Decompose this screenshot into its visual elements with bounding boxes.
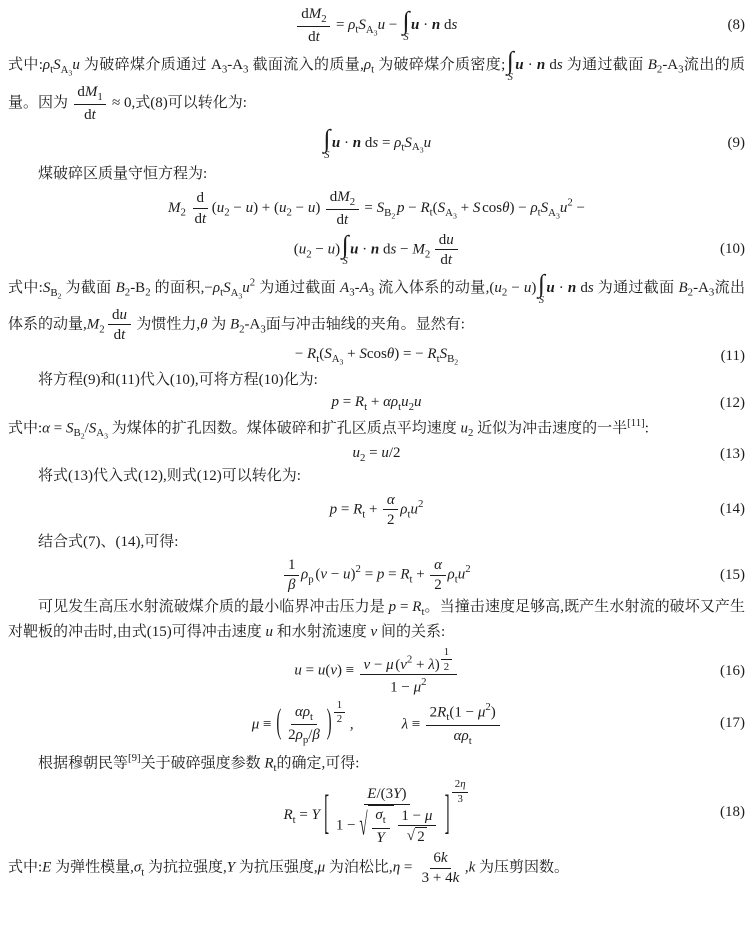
text-run: 近似为冲击速度的一半 [473,420,627,436]
math-superscript: 12 [440,653,453,665]
math-subscript: A3 [61,64,73,76]
math-variable: B [648,57,657,73]
paragraph-after-eq15: 可见发生高压水射流破煤介质的最小临界冲击压力是 p = Rt。当撞击速度足够高,… [8,596,745,644]
math-upright: ) [315,200,324,216]
math-upright: − [573,200,585,216]
equation-10-row-2: (u2 − u)∫Su · n ds − M2dudt (10) [8,231,745,269]
surface-integral: ∫S [538,271,545,306]
equation-10-number: (10) [703,241,745,258]
math-subscript: B2 [74,427,85,439]
math-variable: u [424,135,432,151]
fraction-denominator: β [284,576,299,595]
math-variable: v [330,663,337,679]
math-variable: ρ [364,57,371,73]
math-fraction: dudt [435,231,458,269]
math-variable: S [53,57,61,73]
math-variable: αρ [454,728,469,744]
surface-integral: ∫S [403,8,410,43]
math-variable: u [461,420,469,436]
math-upright: , [346,716,354,732]
fraction-numerator: du [435,231,458,250]
math-upright: d [337,212,345,228]
math-upright: d [194,211,202,227]
surface-integral: ∫S [507,48,514,83]
math-upright: · [555,280,568,296]
math-upright: = [337,501,353,517]
math-fraction: α2 [383,491,398,529]
paragraph-substitute-13: 将式(13)代入式(12),则式(12)可以转化为: [8,465,745,488]
text-run: 为抗压强度, [235,860,318,876]
integral-limit: S [539,296,544,306]
math-variable: R [437,705,446,721]
text-run: 关于破碎强度参数 [141,755,265,771]
fraction-numerator: 1 [284,556,299,575]
math-upright: -A [227,57,243,73]
math-variable: αρ [383,394,398,410]
fraction-numerator: d [193,189,208,208]
math-upright: ) [531,280,536,296]
radical-symbol: √ [407,827,415,845]
math-upright: [9] [128,752,141,764]
math-variable: u [246,200,254,216]
math-superscript: [11] [627,417,645,429]
math-upright: d [361,135,372,151]
math-variable: R [355,394,364,410]
math-upright: t [469,735,472,747]
math-upright: 2 [444,661,449,673]
math-variable: B [679,280,688,296]
math-variable: t [344,212,348,228]
math-upright: ) [401,786,406,802]
math-upright: = [361,567,377,583]
math-variable: S [473,200,481,216]
integral-symbol: ∫ [403,8,410,34]
math-subscript: 2 [454,358,458,367]
text-run: ≈ 0,式(8)可以转化为: [108,95,247,111]
text-run: 为 [207,317,230,333]
math-superscript: 2 [418,498,423,510]
text-run: 为破碎煤介质通过 [80,57,211,73]
math-subscript: 2 [391,211,395,220]
math-variable: M [309,6,322,22]
math-variable: ρ [213,280,220,296]
math-subscript: 1 [97,91,102,103]
integral-limit: S [403,33,408,43]
math-subscript: A3 [231,287,243,299]
math-upright: d [440,17,451,33]
math-upright: 2 [99,323,104,335]
math-subscript: B2 [50,287,61,299]
paragraph-combine-7-14: 结合式(7)、(14),可得: [8,531,745,554]
integral-limit: S [508,73,513,83]
equation-12-number: (12) [703,395,745,412]
math-upright: 2 [288,727,296,743]
integral-symbol: ∫ [342,232,349,258]
math-upright: cos [367,346,387,362]
math-subscript: t [310,710,313,722]
math-upright: 2 [418,498,423,510]
equation-15-row: 1βρp(v − u)2 = p = Rt + α2ρtu2 (15) [8,556,745,594]
math-superscript: 2 [421,676,426,688]
fraction-numerator: v − μ(v2 + λ)12 [360,646,457,675]
equation-18-number: (18) [703,804,745,821]
math-upright: − [507,280,524,296]
text-run: 结合式(7)、(14),可得: [38,534,178,550]
math-upright: d [77,84,85,100]
math-variable: σ [375,807,382,823]
math-upright: + [412,657,428,673]
math-vector: n [432,17,440,33]
fraction-denominator: dt [110,325,129,344]
math-variable: A [360,280,369,296]
math-variable: M [412,241,425,257]
math-upright: ) [435,657,440,673]
math-upright: ) = − [394,346,427,362]
math-variable: M [85,84,98,100]
text-run: 为煤体的扩孔因数。煤体破碎和扩孔区质点平均速度 [108,420,461,436]
equation-16-number: (16) [703,663,745,680]
equation-16: u = u(v) ≡ v − μ(v2 + λ)121 − μ2 [50,646,703,696]
paragraph-substitute-9-11: 将方程(9)和(11)代入(10),可将方程(10)化为: [8,369,745,392]
math-variable: S [358,17,366,33]
math-variable: u [352,445,360,461]
equation-18: Rt = Y[E/(3Y)1 − √σtY1 − μ√2]2η3 [50,778,703,847]
fraction-numerator: 6k [430,849,452,868]
paper-page: dM2dt = ρtSA3u − ∫Su · n ds (8) 式中:ρtSA3… [0,0,755,887]
math-variable: u [120,307,128,323]
math-upright: /(3 [376,786,393,802]
math-upright: = [50,420,66,436]
math-upright: -B [130,280,145,296]
math-variable: S [377,200,385,216]
fraction-numerator: dM1 [74,83,107,105]
math-variable: u [494,280,502,296]
math-variable: u [414,394,422,410]
text-run: 为通过截面 [255,280,340,296]
math-upright: 3 + 4 [422,870,453,886]
surface-integral: ∫S [323,126,330,161]
math-upright: + [457,200,473,216]
math-upright: d [379,241,390,257]
math-upright: = [332,17,348,33]
math-upright: − [327,567,343,583]
equation-17-number: (17) [703,715,745,732]
integral-limit: S [324,151,329,161]
math-upright: = [361,200,377,216]
text-run: 为压剪因数。 [475,860,569,876]
equation-9-row: ∫Su · n ds = ρtSA3u (9) [8,126,745,161]
fraction-denominator: 3 [455,793,466,806]
math-fraction: v − μ(v2 + λ)121 − μ2 [360,646,457,696]
math-variable: α [387,492,395,508]
math-fraction: dM2dt [297,5,330,46]
math-variable: u [381,445,389,461]
math-variable: v [400,657,407,673]
math-variable: u [401,394,409,410]
math-variable: η [460,778,465,790]
fraction-denominator: 2 [441,660,452,673]
math-upright: d [301,6,309,22]
text-run: 为通过截面 [594,280,679,296]
text-run: 式中: [8,280,43,296]
math-superscript: [9] [128,752,141,764]
math-superscript: 2 [465,563,470,575]
text-run: 为抗拉强度, [144,860,227,876]
fraction-denominator: dt [437,250,456,269]
fraction-denominator: 2 [431,576,446,595]
math-variable: μ [425,808,433,824]
math-variable: ρ [296,727,303,743]
math-variable: u [410,501,418,517]
math-variable: S [440,346,448,362]
math-variable: k [453,870,460,886]
fraction-numerator: 1 − μ [398,807,437,826]
equation-10-row-1: M2ddt(u2 − u) + (u2 − u) dM2dt = SB2p − … [8,188,745,229]
math-vector: n [353,135,361,151]
equation-13-number: (13) [703,446,745,463]
paragraph-mass-conservation: 煤破碎区质量守恒方程为: [8,163,745,186]
equation-8-row: dM2dt = ρtSA3u − ∫Su · n ds (8) [8,5,745,46]
math-upright: 2 [350,196,355,208]
math-upright: A [332,353,340,365]
math-subscript: t [383,814,386,826]
math-upright: + [413,567,429,583]
text-run: 将方程(9)和(11)代入(10),可将方程(10)化为: [38,372,318,388]
math-upright: 1 [97,91,102,103]
big-bracket: ( [276,705,281,744]
text-run: 为截面 [61,280,115,296]
math-upright: − [405,200,421,216]
math-superscript: 12 [333,706,346,718]
math-variable: B [230,317,239,333]
text-run: 为弹性模量, [51,860,134,876]
math-subscript: 2 [350,196,355,208]
math-upright: ) + ( [253,200,279,216]
math-upright: B [74,427,81,439]
fraction-numerator: E/(3Y) [364,785,411,804]
math-variable: R [400,567,409,583]
fraction-numerator: dM2 [326,188,359,210]
math-variable: S [324,346,332,362]
equation-14-number: (14) [703,501,745,518]
text-run: 间的关系: [377,624,445,640]
equation-11-row: − Rt(SA3 + Scosθ) = − RtSB2 (11) [8,346,745,366]
math-upright: − [385,17,401,33]
math-upright: − [396,241,412,257]
equation-17-row: μ ≡ (αρt2ρp/β)12 ,λ ≡ 2Rt(1 − μ2)αρt (17… [8,699,745,748]
text-run: 和水射流速度 [273,624,371,640]
math-vector: n [568,280,576,296]
math-superscript: 2η3 [451,786,470,798]
math-fraction: 6k3 + 4k [418,849,463,887]
math-vector: u [515,57,523,73]
radical-symbol: √ [359,807,367,845]
math-variable: t [92,107,96,123]
radical: √σtY [359,805,393,847]
math-subscript: 2 [99,323,104,335]
math-upright: = [378,135,394,151]
fraction-denominator: dt [333,210,352,229]
integral-symbol: ∫ [538,271,545,297]
fraction-denominator: 2 [334,713,345,726]
math-upright: = [384,567,400,583]
math-fraction: dM1dt [74,83,107,124]
math-vector: n [371,241,379,257]
fraction-denominator: 2 [383,510,398,529]
math-upright: d [84,107,92,123]
math-upright: · [419,17,432,33]
text-run: 截面流入的质量, [248,57,363,73]
math-upright: = [302,663,318,679]
math-variable: αρ [295,704,310,720]
math-upright: = [396,599,412,615]
text-run: 为惯性力, [133,317,201,333]
equation-14-row: p = Rt + α2ρtu2 (14) [8,491,745,529]
math-upright: A [96,427,104,439]
math-subscript: 2 [425,248,430,260]
math-variable: u [328,241,336,257]
equation-10-line-1: M2ddt(u2 − u) + (u2 − u) dM2dt = SB2p − … [50,188,703,229]
fraction-numerator: 2Rt(1 − μ2) [426,701,500,726]
math-upright: 1 [444,646,449,658]
integral-limit: S [342,257,347,267]
big-bracket: [ [324,789,329,843]
math-upright: B [50,287,57,299]
math-variable: u [378,17,386,33]
math-upright: 2 [387,512,395,528]
fraction-numerator: αρt [291,703,317,725]
math-upright: /2 [389,445,401,461]
math-variable: β [288,577,295,593]
math-upright: 2 [181,207,186,219]
math-fraction: ddt [191,189,210,227]
math-upright: -A [245,317,261,333]
math-variable: u [266,624,274,640]
text-run: 流入体系的动量,( [374,280,494,296]
math-upright: − [204,280,212,296]
math-variable: S [359,346,367,362]
math-upright: d [112,307,120,323]
fraction-denominator: √2 [403,826,431,846]
math-upright: d [308,29,316,45]
math-upright: ≡ [259,716,275,732]
equation-16-row: u = u(v) ≡ v − μ(v2 + λ)121 − μ2 (16) [8,646,745,696]
math-upright: = [296,808,312,824]
math-variable: M [87,317,100,333]
math-variable: t [316,29,320,45]
equation-15-number: (15) [703,567,745,584]
math-fraction: dudt [108,306,131,344]
equation-11: − Rt(SA3 + Scosθ) = − RtSB2 [50,346,703,366]
math-upright: 2 [417,828,425,846]
equation-15: 1βρp(v − u)2 = p = Rt + α2ρtu2 [50,556,703,594]
math-upright: · [524,57,537,73]
math-upright: ) [335,241,340,257]
text-run: 可见发生高压水射流破煤介质的最小临界冲击压力是 [38,599,389,615]
math-variable: u [72,57,80,73]
math-variable: t [448,252,452,268]
paragraph-after-eq8: 式中:ρtSA3u 为破碎煤介质通过 A3-A3 截面流入的质量,ρt 为破碎煤… [8,48,745,124]
math-upright: · [358,241,371,257]
math-subscript: A3 [366,24,378,36]
math-upright: A [548,207,556,219]
math-variable: R [307,346,316,362]
math-upright: 1 − [336,818,359,834]
big-bracket: ] [445,789,450,843]
integral-symbol: ∫ [507,48,514,74]
math-variable: Y [376,830,384,846]
math-fraction: αρt2ρp/β [284,703,323,747]
text-run: 煤破碎区质量守恒方程为: [38,166,207,182]
math-variable: p [397,200,405,216]
equation-13: u2 = u/2 [50,445,703,464]
text-run: 的面积, [151,280,205,296]
equation-9-number: (9) [703,135,745,152]
math-upright: cos [482,200,502,216]
math-variable: u [343,567,351,583]
text-run: 为破碎煤介质密度; [374,57,505,73]
fraction-denominator: dt [191,209,210,228]
equation-10-line-2: (u2 − u)∫Su · n ds − M2dudt [50,231,703,269]
math-vector: u [332,135,340,151]
math-upright: 2 [465,563,470,575]
math-upright: 1 [288,557,296,573]
math-subscript: A3 [548,207,560,219]
equation-12: p = Rt + αρtu2u [50,394,703,413]
text-run: 式中: [8,860,42,876]
fraction-numerator: α [383,491,398,510]
math-upright: -A [662,57,678,73]
math-fraction: 2Rt(1 − μ2)αρt [426,701,500,747]
math-upright: A [412,141,420,153]
math-fraction: E/(3Y)1 − √σtY1 − μ√2 [332,785,442,847]
math-fraction: 12 [441,646,452,674]
equation-11-number: (11) [703,348,745,365]
math-variable: M [337,189,350,205]
math-variable: β [312,727,319,743]
math-upright: + [365,501,381,517]
math-upright: d [576,280,588,296]
math-fraction: dM2dt [326,188,359,229]
math-upright: + [367,394,383,410]
math-variable: E [42,860,51,876]
text-run: 面与冲击轴线的夹角。显然有: [266,317,465,333]
math-variable: R [283,808,292,824]
math-fraction: 1 − μ√2 [398,807,437,846]
math-subscript: p [308,573,313,585]
fraction-denominator: 2ρp/β [284,725,323,746]
integral-symbol: ∫ [323,126,330,152]
math-fraction: 2η3 [452,778,468,806]
text-run: : [645,420,649,436]
text-run: 为通过截面 [563,57,648,73]
math-variable: p [331,394,339,410]
math-upright: 1 − [401,808,424,824]
math-variable: A [340,280,349,296]
math-upright: 1 − [390,680,413,696]
math-variable: R [264,755,273,771]
radical: √2 [407,827,427,846]
math-subscript: A3 [332,353,344,365]
math-upright: + [343,346,359,362]
equation-9: ∫Su · n ds = ρtSA3u [50,126,703,161]
math-subscript: 2 [321,13,326,25]
math-upright: ) ≡ [337,663,358,679]
text-run: 式中: [8,420,42,436]
math-variable: Y [227,860,235,876]
math-subscript: 2 [181,207,186,219]
math-subscript: t [469,735,472,747]
